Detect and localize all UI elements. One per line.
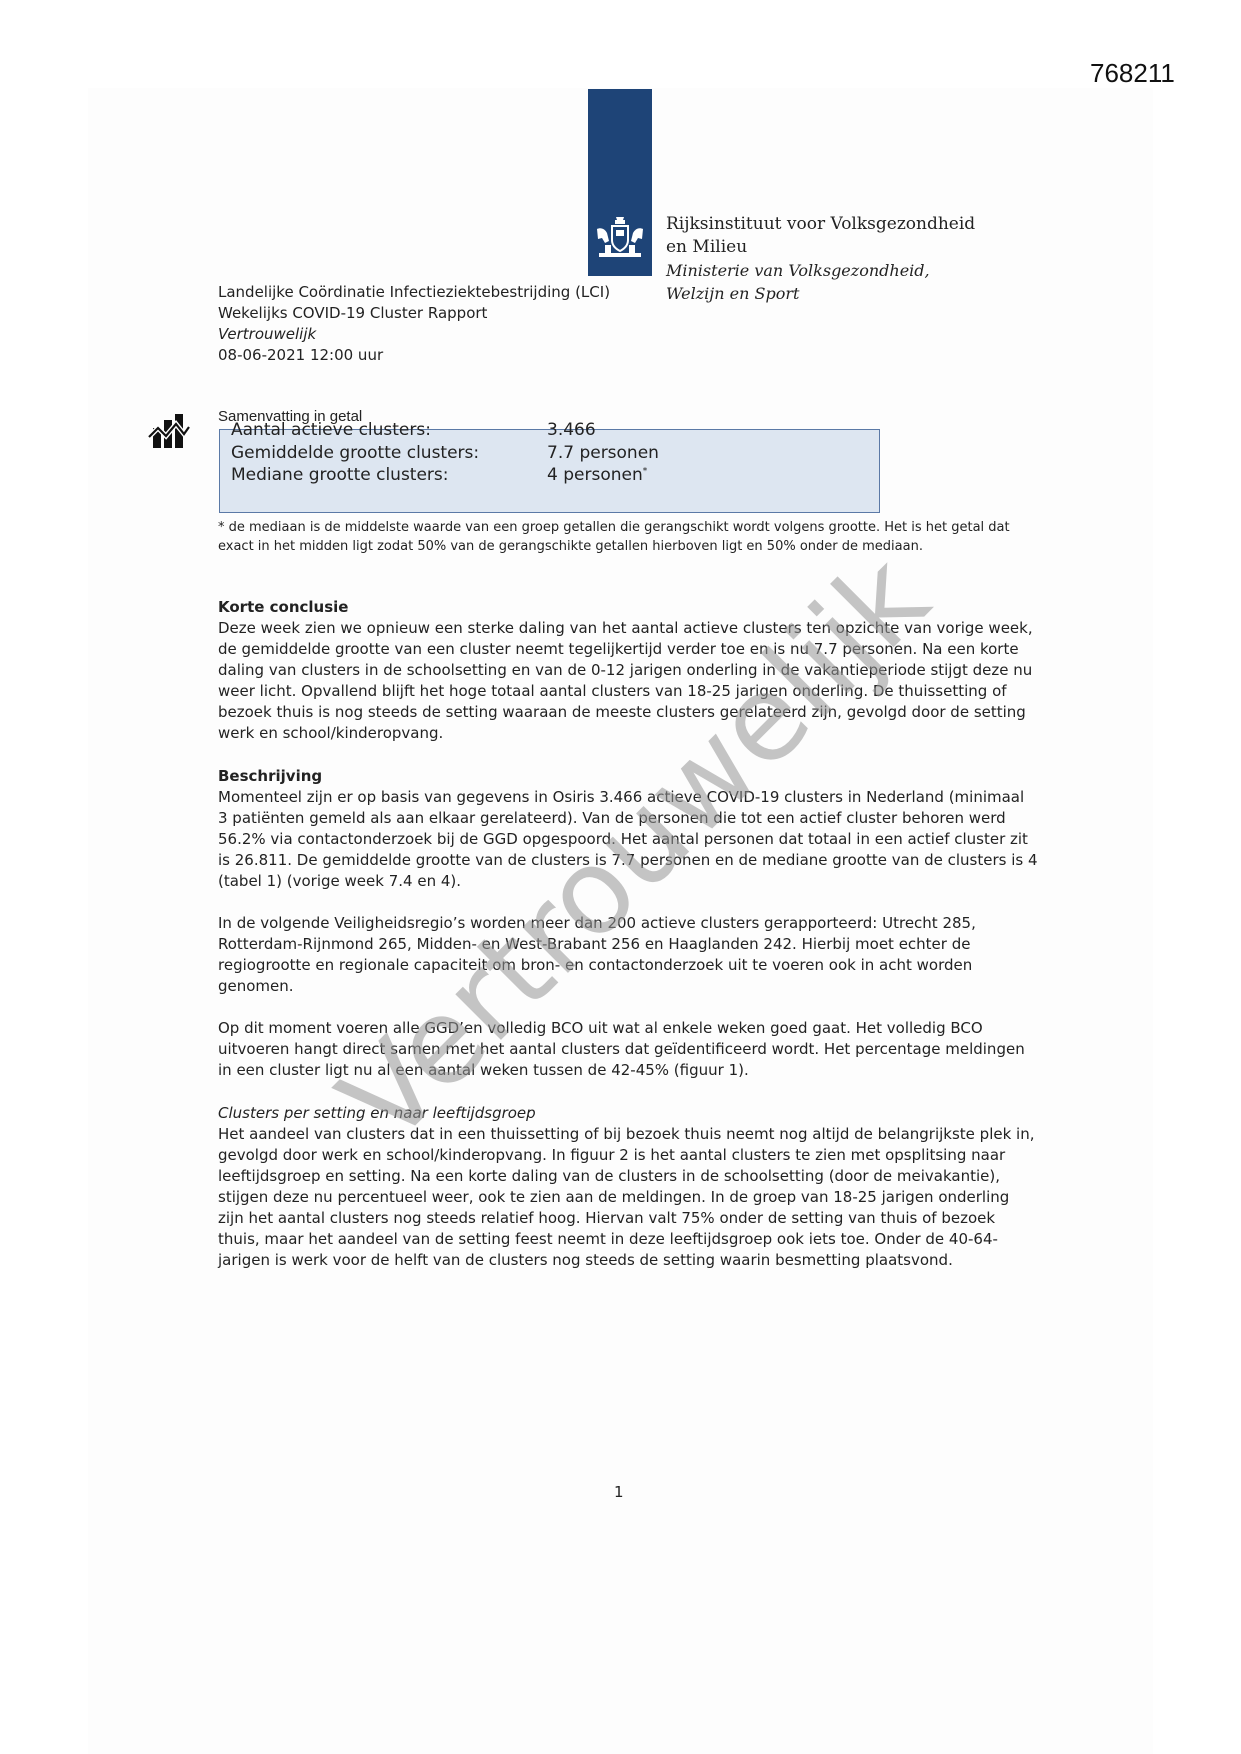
- paragraph: Op dit moment voeren alle GGD’en volledi…: [218, 1018, 1038, 1081]
- document-header: Landelijke Coördinatie Infectieziektebes…: [218, 282, 610, 366]
- section-setting-age: Clusters per setting en naar leeftijdsgr…: [218, 1103, 1038, 1271]
- header-classification: Vertrouwelijk: [218, 324, 610, 345]
- summary-row-mean-size: Gemiddelde grootte clusters: 7.7 persone…: [231, 443, 479, 463]
- summary-label: Mediane grootte clusters:: [231, 465, 449, 485]
- header-department: Landelijke Coördinatie Infectieziektebes…: [218, 282, 610, 303]
- header-report-title: Wekelijks COVID-19 Cluster Rapport: [218, 303, 610, 324]
- org-line-2: en Milieu: [666, 236, 975, 259]
- ministry-line-2: Welzijn en Sport: [666, 282, 975, 305]
- footnote-mark: *: [643, 466, 648, 476]
- summary-value: 4 personen*: [547, 465, 647, 485]
- summary-row-active-clusters: Aantal actieve clusters: 3.466: [231, 420, 431, 440]
- page-number: 1: [614, 1483, 624, 1501]
- section-heading: Beschrijving: [218, 766, 1038, 787]
- org-line-1: Rijksinstituut voor Volksgezondheid: [666, 213, 975, 236]
- section-text: Het aandeel van clusters dat in een thui…: [218, 1124, 1038, 1271]
- summary-label: Gemiddelde grootte clusters:: [231, 443, 479, 463]
- section-heading: Korte conclusie: [218, 597, 1038, 618]
- summary-row-median-size: Mediane grootte clusters: 4 personen*: [231, 465, 449, 485]
- ministry-line-1: Ministerie van Volksgezondheid,: [666, 259, 975, 282]
- summary-label: Aantal actieve clusters:: [231, 420, 431, 440]
- chart-trend-icon: [148, 410, 190, 450]
- paragraph: In de volgende Veiligheidsregio’s worden…: [218, 913, 1038, 997]
- section-text: Deze week zien we opnieuw een sterke dal…: [218, 618, 1038, 744]
- summary-value-text: 4 personen: [547, 465, 643, 485]
- summary-value: 3.466: [547, 420, 596, 440]
- header-datetime: 08-06-2021 12:00 uur: [218, 345, 610, 366]
- section-conclusion: Korte conclusie Deze week zien we opnieu…: [218, 597, 1038, 744]
- summary-value: 7.7 personen: [547, 443, 659, 463]
- subsection-heading: Clusters per setting en naar leeftijdsgr…: [218, 1103, 1038, 1124]
- section-description: Beschrijving Momenteel zijn er op basis …: [218, 766, 1038, 1081]
- paragraph: Momenteel zijn er op basis van gegevens …: [218, 787, 1038, 892]
- median-footnote: * de mediaan is de middelste waarde van …: [218, 518, 1028, 556]
- coat-of-arms-icon: [593, 215, 647, 265]
- organization-name: Rijksinstituut voor Volksgezondheid en M…: [666, 213, 975, 305]
- document-id: 768211: [1090, 58, 1175, 89]
